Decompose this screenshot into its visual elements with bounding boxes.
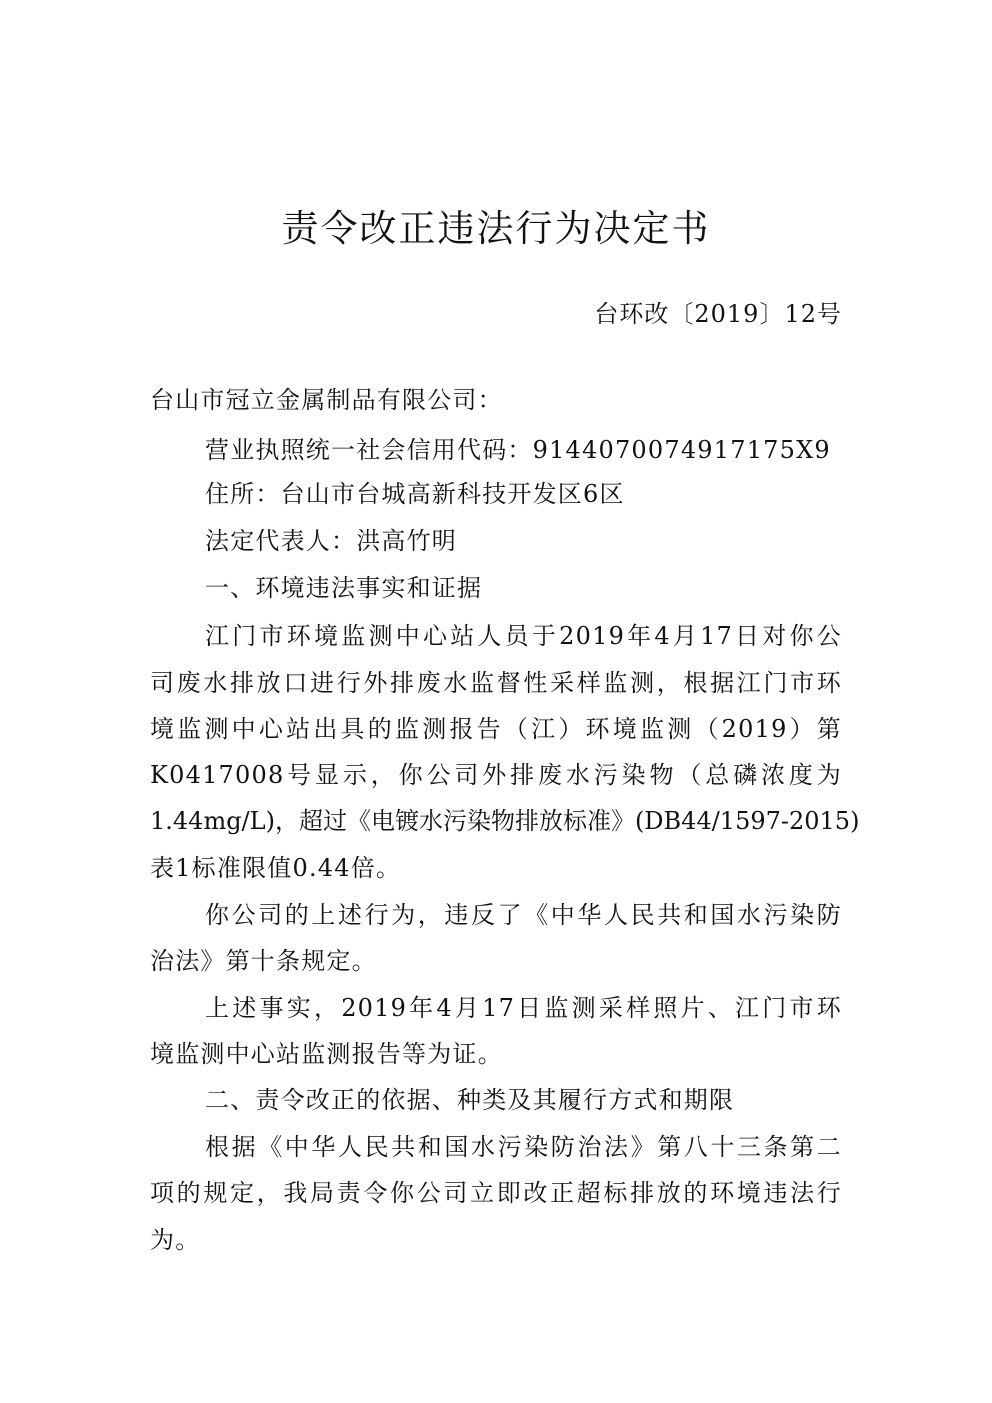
paragraph-line: 为。 <box>150 1224 842 1256</box>
document-page: 责令改正违法行为决定书 台环改〔2019〕12号 台山市冠立金属制品有限公司： … <box>0 0 992 1403</box>
section-2-heading: 二、责令改正的依据、种类及其履行方式和期限 <box>205 1084 842 1116</box>
paragraph-line: 你公司的上述行为，违反了《中华人民共和国水污染防 <box>205 899 842 931</box>
paragraph-line: 治法》第十条规定。 <box>150 945 842 977</box>
credit-code-line: 营业执照统一社会信用代码：9144070074917175X9 <box>205 434 842 466</box>
paragraph-line: 境监测中心站出具的监测报告（江）环境监测（2019）第 <box>150 713 842 745</box>
addressee: 台山市冠立金属制品有限公司： <box>150 384 842 416</box>
legal-representative-line: 法定代表人：洪高竹明 <box>205 525 842 557</box>
section-1-heading: 一、环境违法事实和证据 <box>205 572 842 604</box>
paragraph-line: 根据《中华人民共和国水污染防治法》第八十三条第二 <box>205 1131 842 1163</box>
document-title: 责令改正违法行为决定书 <box>0 205 992 253</box>
paragraph-line: 司废水排放口进行外排废水监督性采样监测，根据江门市环 <box>150 667 842 699</box>
paragraph-line: 境监测中心站监测报告等为证。 <box>150 1038 842 1070</box>
paragraph-line: 江门市环境监测中心站人员于2019年4月17日对你公 <box>205 620 842 652</box>
paragraph-line: 表1标准限值0.44倍。 <box>150 852 842 884</box>
paragraph-line: K0417008号显示，你公司外排废水污染物（总磷浓度为 <box>150 759 842 791</box>
paragraph-line: 1.44mg/L)，超过《电镀水污染物排放标准》(DB44/1597-2015) <box>150 805 842 837</box>
paragraph-line: 上述事实，2019年4月17日监测采样照片、江门市环 <box>205 992 842 1024</box>
address-line: 住所：台山市台城高新科技开发区6区 <box>205 478 842 510</box>
paragraph-line: 项的规定，我局责令你公司立即改正超标排放的环境违法行 <box>150 1177 842 1209</box>
document-number: 台环改〔2019〕12号 <box>594 298 842 330</box>
